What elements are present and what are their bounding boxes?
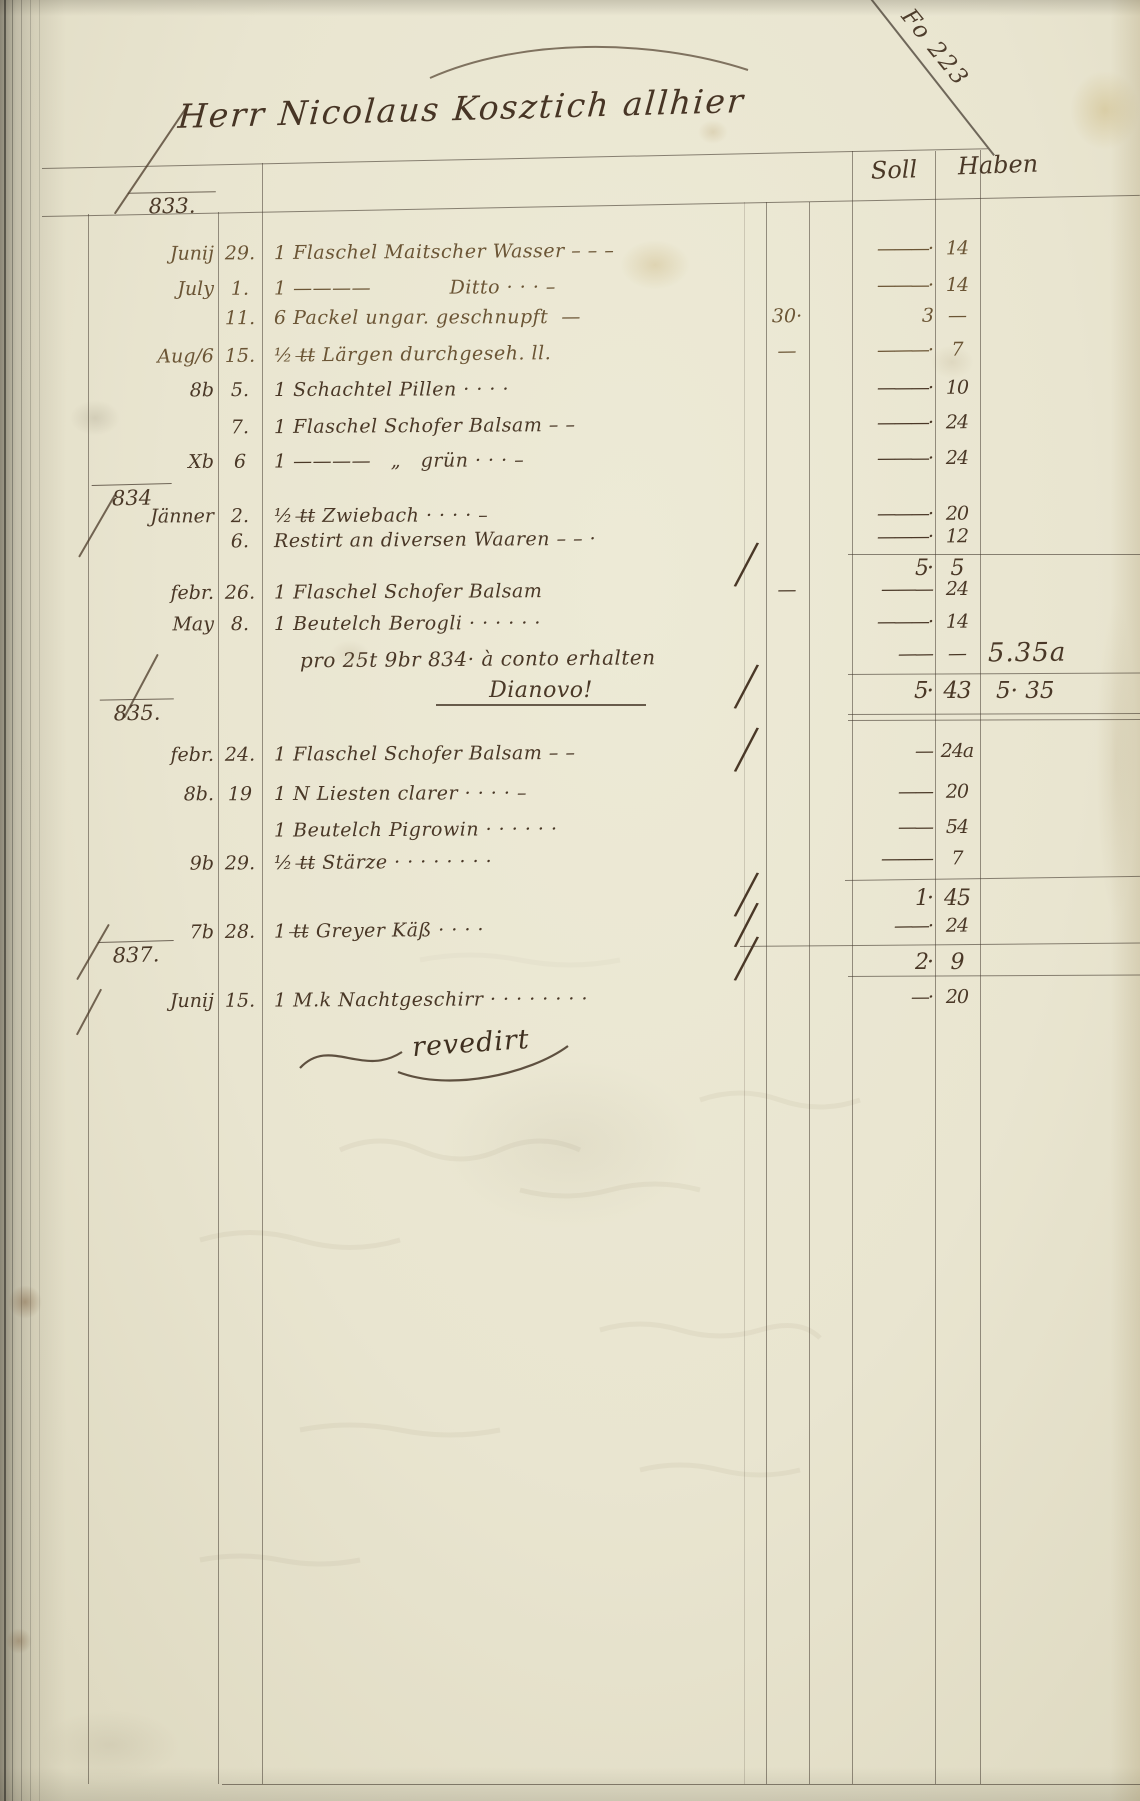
paper-stain [440, 1060, 700, 1230]
entry-description: 1 Flaschel Schofer Balsam – – [274, 741, 744, 765]
soll-gulden-amount: 1· [854, 886, 932, 911]
entry-month: febr. [92, 582, 214, 605]
entry-description: 6 Packel ungar. geschnupft — [274, 305, 744, 329]
ledger-row: Junij 15. 1 M.k Nachtgeschirr · · · · · … [0, 985, 1140, 1025]
soll-kreuzer-amount: — [936, 305, 978, 327]
soll-kreuzer-amount: 20 [936, 503, 978, 525]
soll-kreuzer-amount: 14 [936, 274, 978, 296]
entry-description: ½ t̶t̶ Lärgen durchgeseh. ll. [274, 340, 744, 366]
soll-kreuzer-amount: 54 [936, 816, 978, 838]
entry-day: 6. [219, 530, 261, 552]
haben-amount [988, 337, 1138, 338]
soll-gulden-amount: ———· [854, 274, 932, 296]
entry-day: 26. [219, 582, 261, 604]
entry-month [92, 649, 214, 650]
soll-kreuzer-amount: 24 [936, 447, 978, 469]
signature-leadin-swash [300, 1052, 402, 1068]
soll-gulden-amount: ———· [854, 411, 932, 434]
ledger-row: 7. 1 Flaschel Schofer Balsam – – ———· 24 [0, 410, 1140, 452]
table-vertical-rule [980, 150, 981, 1784]
haben-amount [988, 985, 1138, 986]
ledger-row: ∕ 2· 9 [0, 950, 1140, 984]
entry-month: Junij [92, 990, 214, 1013]
entry-day: 1. [219, 278, 261, 300]
entry-month: Aug/6 [92, 345, 214, 368]
haben-amount [988, 376, 1138, 377]
entry-day: 28. [219, 921, 261, 943]
table-horizontal-rule [42, 148, 988, 169]
soll-gulden-amount: — [854, 740, 932, 762]
entry-day: 15. [219, 345, 261, 367]
paper-stain [6, 1628, 32, 1654]
soll-kreuzer-amount: 43 [936, 678, 978, 704]
entry-description: 1 M.k Nachtgeschirr · · · · · · · · [274, 987, 744, 1011]
ledger-row: Dianovo! ∕ 5· 43 5· 35 [0, 678, 1140, 712]
table-horizontal-rule [222, 1784, 1140, 1785]
soll-gulden-amount: ———· [854, 611, 932, 633]
soll-kreuzer-amount: 24 [936, 914, 978, 936]
entry-day: 6 [219, 451, 261, 473]
entry-month: Jänner [92, 505, 214, 527]
soll-kreuzer-amount: 24 [936, 578, 978, 600]
entry-day: 15. [219, 990, 261, 1012]
entry-description: Dianovo! [436, 678, 646, 706]
paper-stain [1070, 70, 1140, 150]
entry-description: pro 25t 9br 834· à conto erhalten [300, 644, 770, 672]
paper-stain [930, 345, 974, 379]
entry-month: 8b. [92, 783, 214, 805]
table-vertical-rule [766, 202, 767, 1784]
soll-gulden-amount: ———· [854, 503, 932, 525]
entry-day: 2. [219, 505, 261, 527]
page-title: Herr Nicolaus Kosztich allhier [177, 75, 960, 136]
paper-stain [620, 240, 690, 290]
entry-month [92, 820, 214, 821]
soll-kreuzer-amount: 45 [936, 886, 978, 911]
soll-kreuzer-amount: 7 [936, 847, 978, 869]
table-vertical-rule [262, 163, 263, 1784]
entry-day: 24. [219, 744, 261, 766]
soll-gulden-amount: ——· [854, 915, 932, 938]
entry-day: 29. [219, 852, 261, 874]
ledger-row: Junij 29. 1 Flaschel Maitscher Wasser – … [0, 236, 1140, 278]
entry-month [92, 530, 214, 531]
entry-month: July [92, 278, 214, 301]
paper-stain [70, 400, 120, 436]
soll-gulden-amount: ——— [854, 847, 932, 870]
entry-description: 1 Flaschel Schofer Balsam – – [274, 413, 744, 438]
entry-day: 29. [219, 242, 261, 264]
entry-month: 8b [92, 379, 214, 401]
soll-kreuzer-amount: 14 [936, 237, 978, 259]
haben-amount [988, 273, 1138, 274]
entry-month: Xb [92, 451, 214, 474]
ledger-row: Xb 6 1 ———— „ grün · · · – ———· 24 [0, 446, 1140, 486]
table-horizontal-rule [848, 554, 1140, 555]
entry-month: 7b [92, 921, 214, 944]
entry-description: 1 ———— „ grün · · · – [274, 448, 744, 472]
haben-amount [988, 446, 1138, 447]
entry-description: ½ t̶t̶ Zwiebach · · · · – [274, 503, 744, 527]
soll-kreuzer-amount: 14 [936, 611, 978, 633]
soll-gulden-amount: ———· [854, 339, 932, 362]
entry-month: May [92, 613, 214, 635]
ledger-row: 8b 5. 1 Schachtel Pillen · · · · ———· 10 [0, 376, 1140, 414]
column-header-soll: Soll [856, 155, 933, 186]
soll-kreuzer-amount: 20 [936, 986, 978, 1008]
table-vertical-rule [852, 151, 853, 1784]
soll-gulden-amount: —— [854, 643, 932, 666]
soll-gulden-amount: —— [854, 816, 932, 838]
entry-month: 9b [92, 852, 214, 875]
soll-gulden-amount: —— [854, 781, 932, 803]
table-vertical-rule [218, 212, 219, 1784]
entry-day: 19 [219, 783, 261, 805]
soll-gulden-amount: 3 [854, 305, 932, 327]
table-vertical-rule [88, 214, 89, 1784]
soll-gulden-amount: 2· [854, 950, 932, 975]
entry-description: 1 Beutelch Berogli · · · · · · [274, 611, 744, 635]
title-swash [430, 47, 748, 78]
paper-stain [698, 120, 728, 144]
ledger-row: 9b 29. ½ t̶t̶ Stärze · · · · · · · · ———… [0, 846, 1140, 888]
soll-gulden-amount: ———· [854, 525, 932, 548]
ledger-row: febr. 24. 1 Flaschel Schofer Balsam – – … [0, 739, 1140, 779]
haben-amount [988, 502, 1138, 503]
entry-description: ½ t̶t̶ Stärze · · · · · · · · [274, 849, 744, 874]
soll-gulden-amount: —· [854, 986, 932, 1008]
entry-description: 1 Beutelch Pigrowin · · · · · · [274, 817, 744, 841]
soll-kreuzer-amount: — [936, 642, 978, 664]
table-vertical-rule [935, 151, 936, 1784]
soll-kreuzer-amount: 24 [936, 411, 978, 433]
soll-gulden-amount: 5· [854, 678, 932, 704]
haben-amount [988, 524, 1138, 525]
entry-description: 1 t̶t̶ Greyer Käß · · · · [274, 916, 744, 942]
paper-stain [330, 640, 370, 668]
soll-kreuzer-amount: 10 [936, 377, 978, 399]
soll-kreuzer-amount: 9 [936, 950, 978, 975]
entry-day: 11. [219, 307, 261, 329]
table-vertical-rule [744, 202, 745, 1784]
entry-month: Junij [92, 242, 214, 265]
column-header-haben: Haben [948, 149, 1049, 180]
paper-stain [40, 1710, 180, 1780]
entry-day: 5. [219, 379, 261, 401]
haben-amount [988, 410, 1138, 411]
scanned-ledger-document: { "page": { "folio_corner": "Fo 223", "t… [0, 0, 1140, 1801]
paper-stain [1096, 600, 1136, 920]
soll-kreuzer-amount: 12 [936, 525, 978, 547]
haben-amount [988, 304, 1138, 305]
soll-gulden-amount: ———· [854, 377, 932, 399]
ledger-row: 8b. 19 1 N Liesten clarer · · · · – —— 2… [0, 780, 1140, 818]
haben-amount [988, 577, 1138, 578]
soll-gulden-amount: ——— [854, 578, 932, 600]
entry-day: 8. [219, 613, 261, 635]
entry-month: febr. [92, 744, 214, 767]
soll-gulden-amount: ———· [854, 447, 932, 469]
ledger-row: 11. 6 Packel ungar. geschnupft — 30· 3 — [0, 304, 1140, 342]
entry-description: 1 Flaschel Schofer Balsam [274, 579, 744, 603]
soll-kreuzer-amount: 24a [936, 740, 978, 762]
haben-amount [988, 236, 1138, 237]
table-vertical-rule [809, 202, 810, 1784]
entry-day: 7. [219, 416, 261, 438]
soll-kreuzer-amount: 20 [936, 781, 978, 803]
paper-stain [8, 1285, 42, 1319]
entry-description: 1 Schachtel Pillen · · · · [274, 377, 744, 401]
signature: revedirt [411, 1024, 531, 1063]
soll-gulden-amount: ———· [854, 237, 932, 260]
entry-description: 1 N Liesten clarer · · · · – [274, 781, 744, 805]
entry-description: Restirt an diversen Waaren – – · [274, 527, 744, 552]
